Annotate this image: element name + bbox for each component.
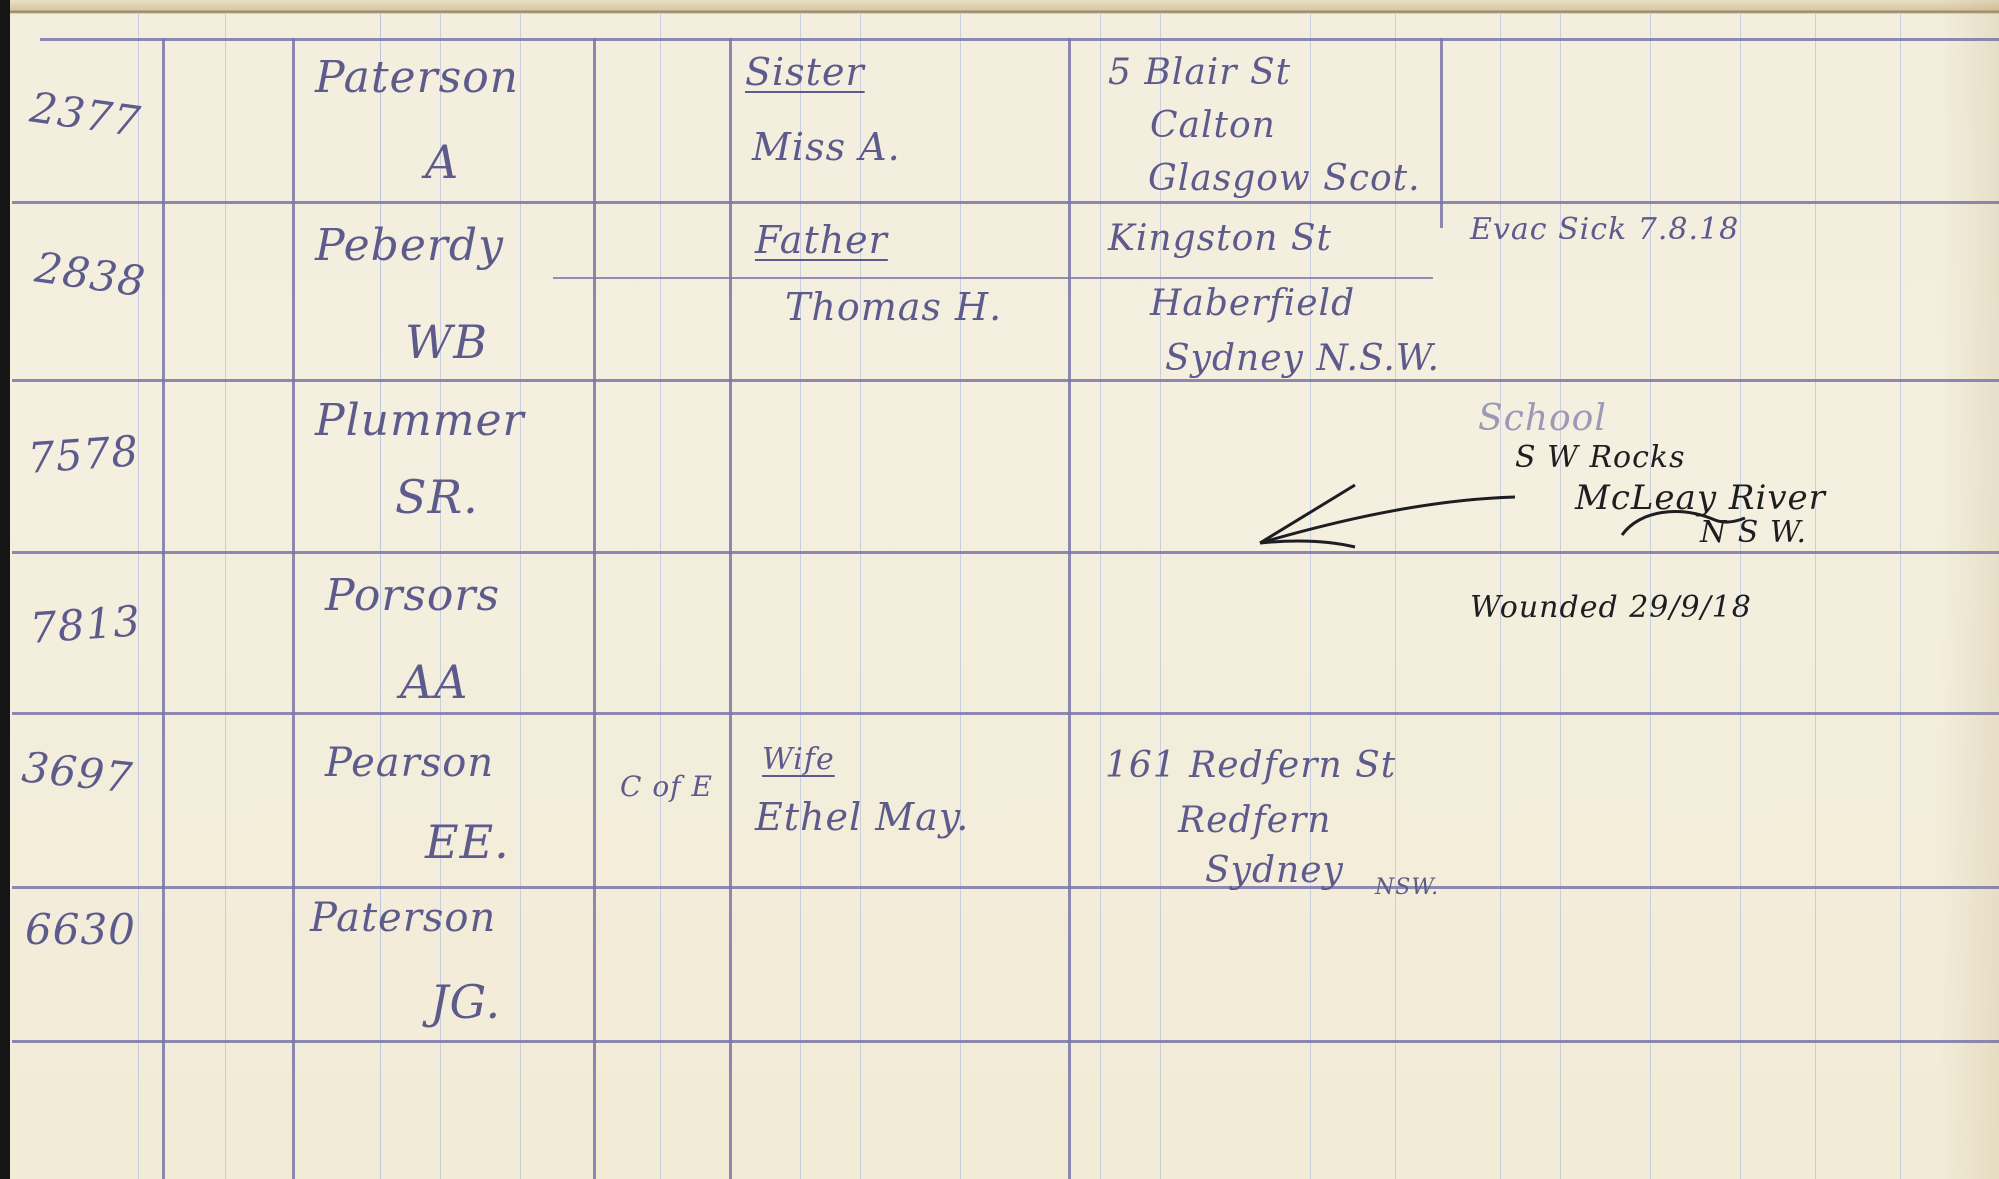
remarks: Wounded 29/9/18	[1470, 590, 1752, 625]
flourish-icon	[1620, 500, 1750, 540]
address-line-3: Sydney	[1205, 850, 1344, 891]
surname: Porsors	[325, 570, 500, 621]
page-shadow	[1939, 0, 1999, 1179]
next-of-kin: Thomas H.	[785, 285, 1002, 329]
surname: Paterson	[310, 895, 496, 941]
next-of-kin: Miss A.	[752, 125, 901, 169]
surname: Paterson	[315, 52, 519, 103]
religion: C of E	[620, 770, 713, 803]
address-line-1: 161 Redfern St	[1105, 745, 1396, 786]
surname: Plummer	[315, 395, 525, 446]
row-number: 7578	[26, 426, 140, 483]
relation: Father	[755, 218, 888, 262]
remarks: Evac Sick 7.8.18	[1470, 212, 1739, 247]
initials: JG.	[430, 975, 501, 1029]
top-fold-edge	[10, 0, 1999, 14]
row-number: 6630	[25, 905, 136, 954]
address-line-4: NSW.	[1375, 875, 1439, 900]
address-line-1: 5 Blair St	[1108, 52, 1291, 93]
surname: Peberdy	[315, 220, 504, 271]
remarks-school: School	[1478, 398, 1607, 439]
row-number: 7813	[28, 596, 142, 653]
address-line-2: Redfern	[1178, 800, 1331, 841]
relation: Sister	[745, 50, 865, 94]
address-line-2: Haberfield	[1150, 283, 1355, 324]
address-line-3: Sydney N.S.W.	[1165, 338, 1440, 379]
arrow-left-icon	[1250, 455, 1550, 565]
address-line-3: Glasgow Scot.	[1148, 158, 1421, 199]
initials: WB	[405, 315, 488, 369]
next-of-kin: Ethel May.	[755, 795, 969, 839]
initials: A	[425, 135, 459, 189]
initials: SR.	[395, 470, 479, 524]
address-line-2: Calton	[1150, 105, 1276, 146]
surname: Pearson	[325, 740, 494, 786]
initials: AA	[400, 655, 468, 709]
relation: Wife	[762, 742, 835, 777]
address-line-1: Kingston St	[1108, 218, 1332, 259]
initials: EE.	[425, 815, 510, 869]
